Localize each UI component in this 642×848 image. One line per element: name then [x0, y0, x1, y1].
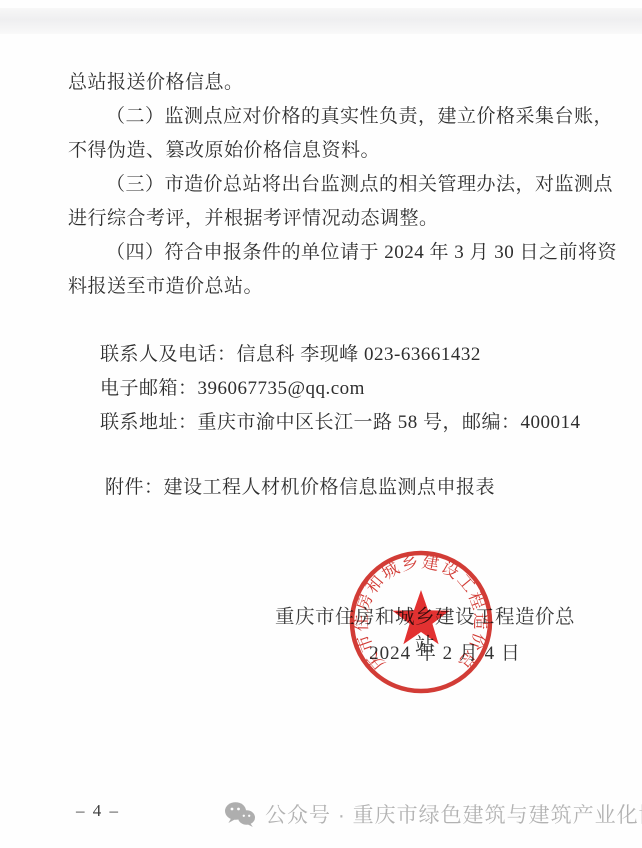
body-line: 总站报送价格信息。 [68, 66, 578, 100]
body-line: （二）监测点应对价格的真实性负责，建立价格采集台账， [68, 100, 578, 134]
body-line: 进行综合考评，并根据考评情况动态调整。 [68, 202, 578, 236]
body-line: （四）符合申报条件的单位请于 2024 年 3 月 30 日之前将资 [68, 236, 578, 270]
attachment-line: 附件：建设工程人材机价格信息监测点申报表 [105, 471, 495, 505]
body-text: 总站报送价格信息。 （二）监测点应对价格的真实性负责，建立价格采集台账， 不得伪… [68, 66, 578, 304]
contact-email-line: 电子邮箱：396067735@qq.com [100, 372, 581, 406]
document-page: 总站报送价格信息。 （二）监测点应对价格的真实性负责，建立价格采集台账， 不得伪… [0, 0, 642, 848]
contact-phone-line: 联系人及电话：信息科 李现峰 023-63661432 [100, 338, 581, 372]
contact-block: 联系人及电话：信息科 李现峰 023-63661432 电子邮箱：3960677… [100, 338, 581, 440]
official-seal-stamp: 重庆市住房和城乡建设工程造价总站 [346, 549, 496, 699]
watermark-text: 公众号 · 重庆市绿色建筑与建筑产业化协会 [265, 799, 642, 829]
contact-address-line: 联系地址：重庆市渝中区长江一路 58 号，邮编：400014 [100, 406, 581, 440]
scan-artifact-band [0, 8, 642, 34]
seal-star-icon [392, 590, 449, 644]
wechat-icon [224, 801, 256, 828]
body-line: 不得伪造、篡改原始价格信息资料。 [68, 134, 578, 168]
seal-icon: 重庆市住房和城乡建设工程造价总站 [346, 549, 496, 699]
body-line: （三）市造价总站将出台监测点的相关管理办法，对监测点 [68, 168, 578, 202]
watermark: 公众号 · 重庆市绿色建筑与建筑产业化协会 [224, 799, 642, 829]
page-number: – 4 – [76, 801, 120, 821]
body-line: 料报送至市造价总站。 [68, 270, 578, 304]
